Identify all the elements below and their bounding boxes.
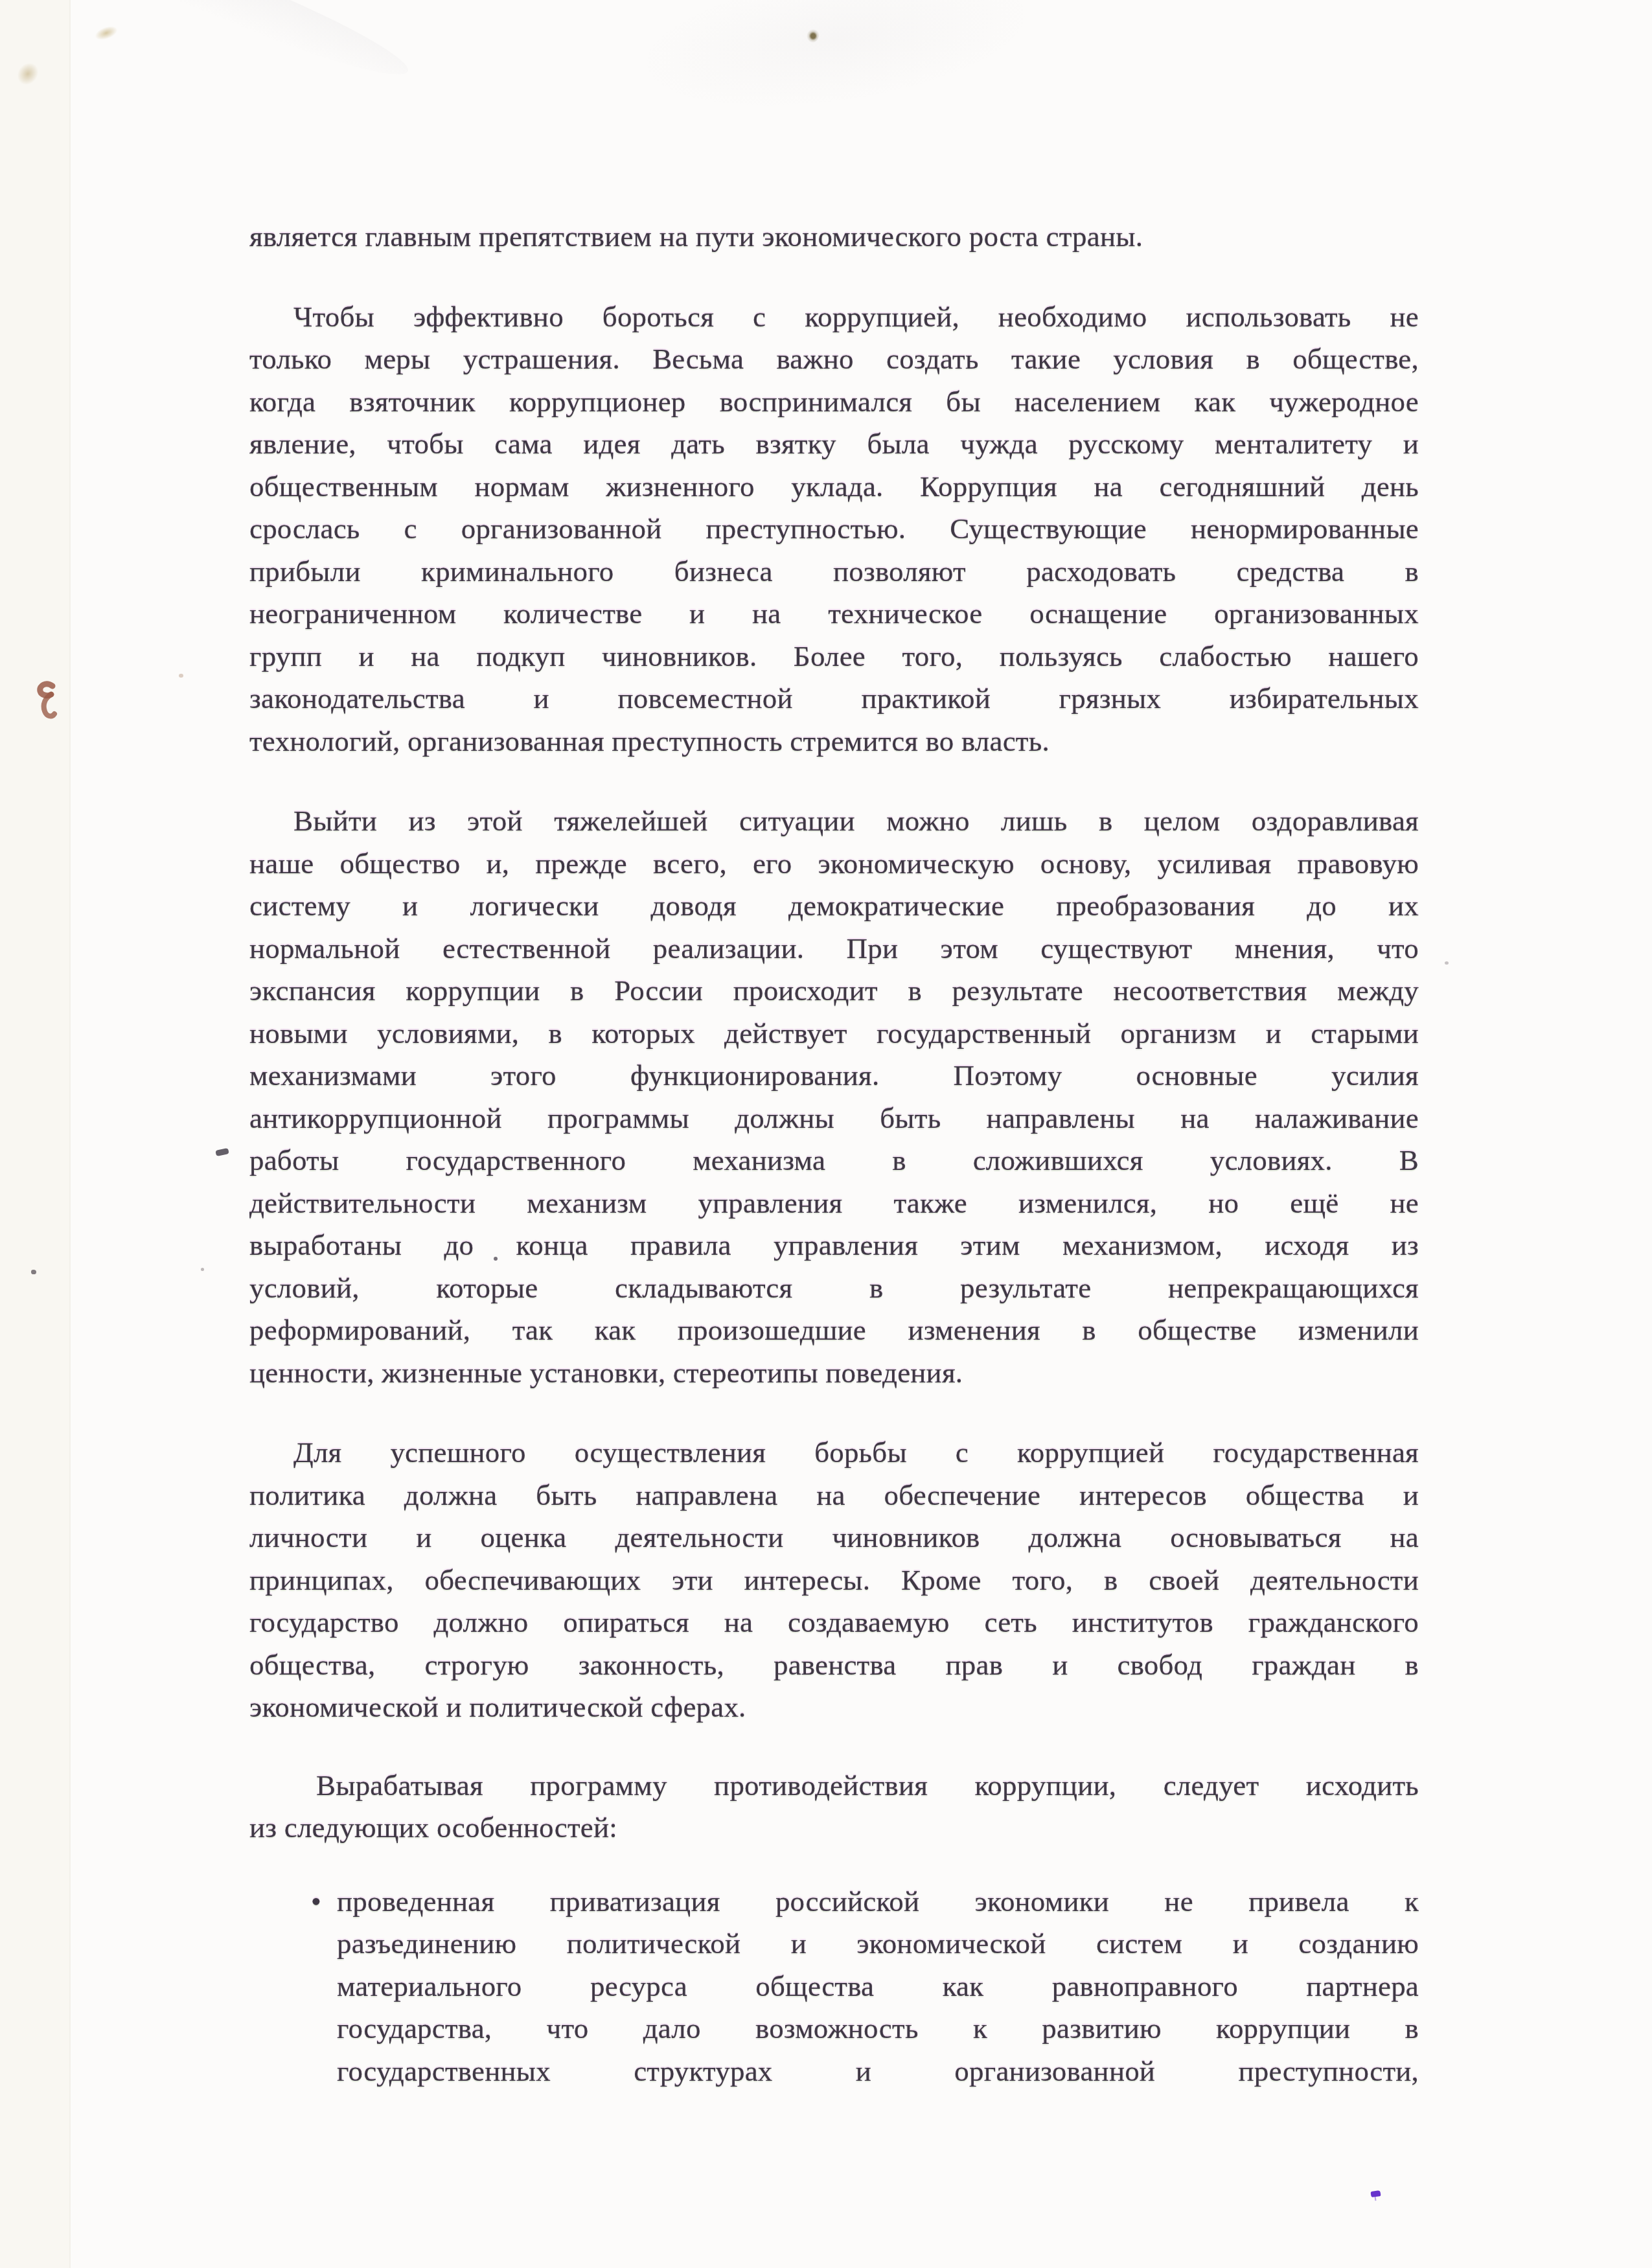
text-line: проведенная приватизация российской экон… bbox=[337, 1881, 1419, 1923]
text-line: Выйти из этой тяжелейшей ситуации можно … bbox=[249, 800, 1419, 843]
text-line: работы государственного механизма в слож… bbox=[249, 1140, 1419, 1182]
text-line: материального ресурса общества как равно… bbox=[337, 1965, 1419, 2008]
text-line: реформирований, так как произошедшие изм… bbox=[249, 1309, 1419, 1352]
paragraph-fighting-corruption: Чтобы эффективно бороться с коррупцией, … bbox=[249, 296, 1419, 763]
list-item-text: проведенная приватизация российской экон… bbox=[337, 1881, 1419, 2093]
text-line: условий, которые складываются в результа… bbox=[249, 1267, 1419, 1310]
text-line: является главным препятствием на пути эк… bbox=[249, 216, 1419, 258]
list-item-privatization: • проведенная приватизация российской эк… bbox=[249, 1881, 1419, 2093]
document-text-block: является главным препятствием на пути эк… bbox=[249, 216, 1419, 2092]
text-line: Вырабатывая программу противодействия ко… bbox=[249, 1765, 1419, 1807]
text-line: государство должно опираться на создавае… bbox=[249, 1601, 1419, 1644]
text-line: личности и оценка деятельности чиновнико… bbox=[249, 1517, 1419, 1559]
bullet-marker: • bbox=[311, 1881, 398, 1923]
text-line: политика должна быть направлена на обесп… bbox=[249, 1474, 1419, 1517]
text-line: Чтобы эффективно бороться с коррупцией, … bbox=[249, 296, 1419, 339]
text-line: общественным нормам жизненного уклада. К… bbox=[249, 466, 1419, 509]
scan-edge-strip bbox=[0, 0, 69, 2268]
paragraph-state-policy: Для успешного осуществления борьбы с кор… bbox=[249, 1432, 1419, 1729]
scan-seam-line bbox=[69, 0, 71, 2268]
red-ink-blot bbox=[34, 680, 63, 722]
text-line: новыми условиями, в которых действует го… bbox=[249, 1013, 1419, 1055]
text-line: антикоррупционной программы должны быть … bbox=[249, 1097, 1419, 1140]
text-line: действительности механизм управления так… bbox=[249, 1182, 1419, 1225]
gray-speck bbox=[1445, 961, 1449, 965]
text-line: законодательства и повсеместной практико… bbox=[249, 678, 1419, 720]
dark-speck bbox=[31, 1270, 36, 1274]
paragraph-program-intro: Вырабатывая программу противодействия ко… bbox=[249, 1765, 1419, 1850]
paper-crease-top-center bbox=[628, 0, 1044, 131]
paragraph-way-out: Выйти из этой тяжелейшей ситуации можно … bbox=[249, 800, 1419, 1394]
text-line: только меры устрашения. Весьма важно соз… bbox=[249, 338, 1419, 381]
tan-smudge bbox=[93, 23, 119, 42]
text-line: выработаны до конца правила управления э… bbox=[249, 1224, 1419, 1267]
text-line: нормальной естественной реализации. При … bbox=[249, 928, 1419, 970]
dark-dash-mark bbox=[215, 1148, 229, 1156]
text-line: Для успешного осуществления борьбы с кор… bbox=[249, 1432, 1419, 1474]
paper-crease-top-left bbox=[63, 0, 416, 92]
scanned-document-page: { "document": { "language": "ru", "color… bbox=[0, 0, 1652, 2268]
text-line: ценности, жизненные установки, стереотип… bbox=[249, 1352, 1419, 1395]
text-line: механизмами этого функционирования. Поэт… bbox=[249, 1055, 1419, 1097]
text-line: технологий, организованная преступность … bbox=[249, 720, 1419, 763]
text-line: государственных структурах и организован… bbox=[337, 2050, 1419, 2093]
text-line: экономической и политической сферах. bbox=[249, 1686, 1419, 1729]
text-line: групп и на подкуп чиновников. Более того… bbox=[249, 636, 1419, 678]
text-line: государства, что дало возможность к разв… bbox=[337, 2008, 1419, 2050]
text-line: разъединению политической и экономическо… bbox=[337, 1923, 1419, 1965]
text-line: неограниченном количестве и на техническ… bbox=[249, 593, 1419, 636]
text-line: явление, чтобы сама идея дать взятку был… bbox=[249, 423, 1419, 466]
faint-speck bbox=[179, 674, 183, 678]
paragraph-continuation: является главным препятствием на пути эк… bbox=[249, 216, 1419, 258]
text-line: срослась с организованной преступностью.… bbox=[249, 508, 1419, 551]
text-line: систему и логически доводя демократическ… bbox=[249, 885, 1419, 928]
text-line: когда взяточник коррупционер воспринимал… bbox=[249, 381, 1419, 424]
purple-ink-speck bbox=[1370, 2190, 1381, 2197]
text-line: принципах, обеспечивающих эти интересы. … bbox=[249, 1559, 1419, 1602]
text-line: из следующих особенностей: bbox=[249, 1807, 1419, 1850]
text-line: общества, строгую законность, равенства … bbox=[249, 1644, 1419, 1687]
text-line: прибыли криминального бизнеса позволяют … bbox=[249, 551, 1419, 593]
text-line: наше общество и, прежде всего, его эконо… bbox=[249, 843, 1419, 886]
gray-speck bbox=[201, 1268, 204, 1271]
text-line: экспансия коррупции в России происходит … bbox=[249, 970, 1419, 1013]
